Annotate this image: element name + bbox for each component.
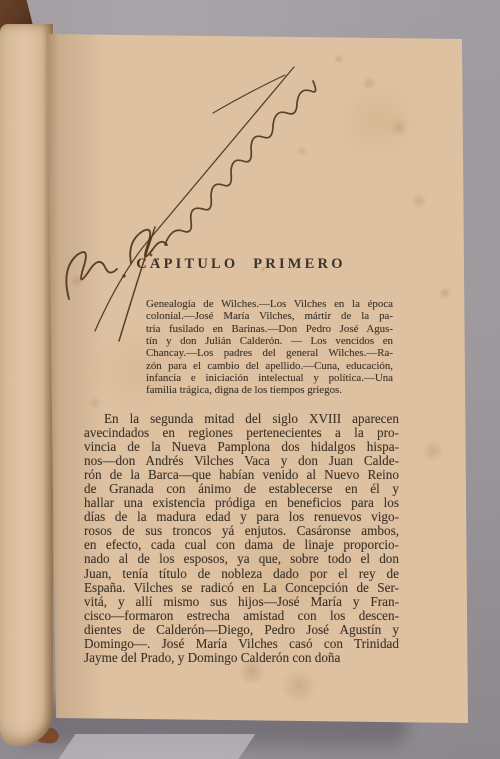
text-line: Juan, tenía título de nobleza dado por e… <box>84 567 399 581</box>
book-page: CAPITULO PRIMERO Genealogía de Wilches.—… <box>47 31 469 725</box>
text-line: nos—don Andrés Vilches Vaca y don Juan C… <box>84 454 399 468</box>
loose-sheet <box>57 734 256 759</box>
text-line: de Granada con ánimo de establecerse en … <box>84 482 399 496</box>
text-line: hallar una existencia pródiga en benefic… <box>84 496 399 510</box>
text-line: familia trágica, digna de los tiempos gr… <box>146 384 393 396</box>
text-line: rón de la Barca—que habían venido al Nue… <box>84 468 399 482</box>
text-line: Jayme del Prado, y Domingo Calderón con … <box>84 651 399 665</box>
facing-page-curl <box>0 24 53 746</box>
text-line: días de la madura edad y para los renuev… <box>84 510 399 524</box>
text-line: infancia e iniciación intelectual y polí… <box>146 372 393 384</box>
text-line: rosos de sus troncos yá enjutos. Casáron… <box>84 524 399 538</box>
chapter-heading: CAPITULO PRIMERO <box>84 256 398 273</box>
text-line: España. Vilches se radicó en La Concepci… <box>84 581 399 595</box>
text-line: colonial.—José María Vilches, mártir de … <box>146 310 393 322</box>
text-line: vincia de la Nueva Pamplona dos hidalgos… <box>84 440 399 454</box>
text-line: tria fusilado en Barinas.—Don Pedro José… <box>146 323 393 335</box>
text-line: Domingo—. José María Vilches casó con Tr… <box>84 637 399 651</box>
body-paragraph: En la segunda mitad del siglo XVIII apar… <box>84 412 399 665</box>
text-line: vitá, y allí mismo sus hijos—José María … <box>84 595 399 609</box>
text-line: zón para el cambio del apellido.—Cuna, e… <box>146 360 393 372</box>
chapter-synopsis: Genealogía de Wilches.—Los Vilches en la… <box>146 298 393 397</box>
text-line: nado al de los esposos, ya que, sobre to… <box>84 552 399 566</box>
text-line: en efecto, cada cual con dama de linaje … <box>84 538 399 552</box>
text-line: En la segunda mitad del siglo XVIII apar… <box>84 412 399 426</box>
text-line: Chancay.—Los padres del general Wilches.… <box>146 347 393 359</box>
text-line: Genealogía de Wilches.—Los Vilches en la… <box>146 298 393 310</box>
text-line: avecindados en regiones pertenecientes a… <box>84 426 399 440</box>
text-line: tín y don Julián Calderón. — Los vencido… <box>146 335 393 347</box>
book-photo: CAPITULO PRIMERO Genealogía de Wilches.—… <box>0 0 500 759</box>
text-line: cisco—formaron estrecha amistad con los … <box>84 609 399 623</box>
text-line: dientes de Calderón—Diego, Pedro José Ag… <box>84 623 399 637</box>
